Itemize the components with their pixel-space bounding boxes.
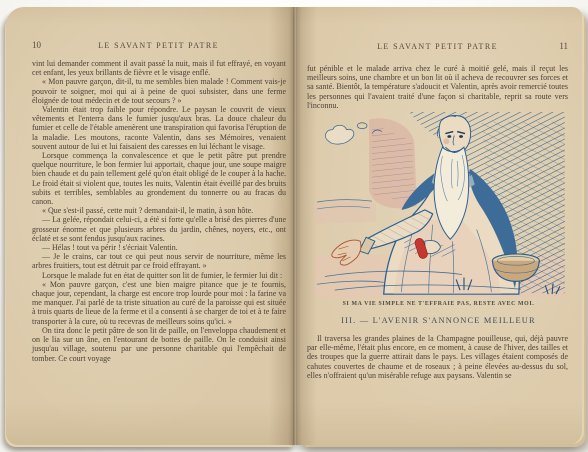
running-title-right: LE SAVANT PETIT PATRE bbox=[377, 42, 498, 51]
left-page: 10 LE SAVANT PETIT PATRE vint lui demand… bbox=[6, 7, 295, 445]
left-page-header: 10 LE SAVANT PETIT PATRE bbox=[32, 40, 285, 50]
running-title-left: LE SAVANT PETIT PATRE bbox=[98, 41, 219, 50]
paragraph: — La gelée, répondait celui-ci, a été si… bbox=[32, 215, 286, 243]
paragraph: « Que s'est-il passé, cette nuit ? deman… bbox=[32, 206, 286, 215]
paragraph: Lorsque le malade fut en état de quitter… bbox=[32, 271, 286, 280]
paragraph: On tira donc le petit pâtre de son lit d… bbox=[32, 326, 286, 363]
right-page-intro-block: fut pénible et le malade arriva chez le … bbox=[307, 64, 568, 110]
paragraph: « Mon pauvre garçon, c'est une bien maig… bbox=[32, 280, 286, 326]
right-page-number: 11 bbox=[498, 41, 568, 51]
left-page-text-block: vint lui demander comment il avait passé… bbox=[32, 59, 286, 363]
paragraph: — Je le crains, car tout ce qui peut nou… bbox=[32, 252, 286, 270]
paragraph: « Mon pauvre garçon, dit-il, tu me sembl… bbox=[32, 77, 286, 105]
paragraph: Lorsque commença la convalescence et que… bbox=[32, 151, 286, 206]
right-page-header: LE SAVANT PETIT PATRE 11 bbox=[307, 41, 568, 51]
book-photo-background: 10 LE SAVANT PETIT PATRE vint lui demand… bbox=[0, 0, 588, 452]
paragraph: Valentin était trop faible pour répondre… bbox=[32, 105, 286, 151]
right-page: LE SAVANT PETIT PATRE 11 fut pénible et … bbox=[295, 7, 582, 445]
paragraph: — Hélas ! tout va périr ! s'écriait Vale… bbox=[32, 243, 286, 252]
illustration-caption: SI MA VIE SIMPLE NE T'EFFRAIE PAS, RESTE… bbox=[295, 301, 582, 307]
open-book: 10 LE SAVANT PETIT PATRE vint lui demand… bbox=[6, 7, 582, 445]
right-page-body-block: Il traversa les grandes plaines de la Ch… bbox=[307, 334, 568, 380]
section-heading: III. — L'AVENIR S'ANNONCE MEILLEUR bbox=[295, 316, 582, 325]
paragraph: vint lui demander comment il avait passé… bbox=[32, 59, 286, 77]
left-page-number: 10 bbox=[32, 40, 98, 50]
hermit-illustration bbox=[315, 112, 565, 298]
paragraph: fut pénible et le malade arriva chez le … bbox=[307, 64, 568, 110]
paragraph: Il traversa les grandes plaines de la Ch… bbox=[307, 334, 568, 380]
